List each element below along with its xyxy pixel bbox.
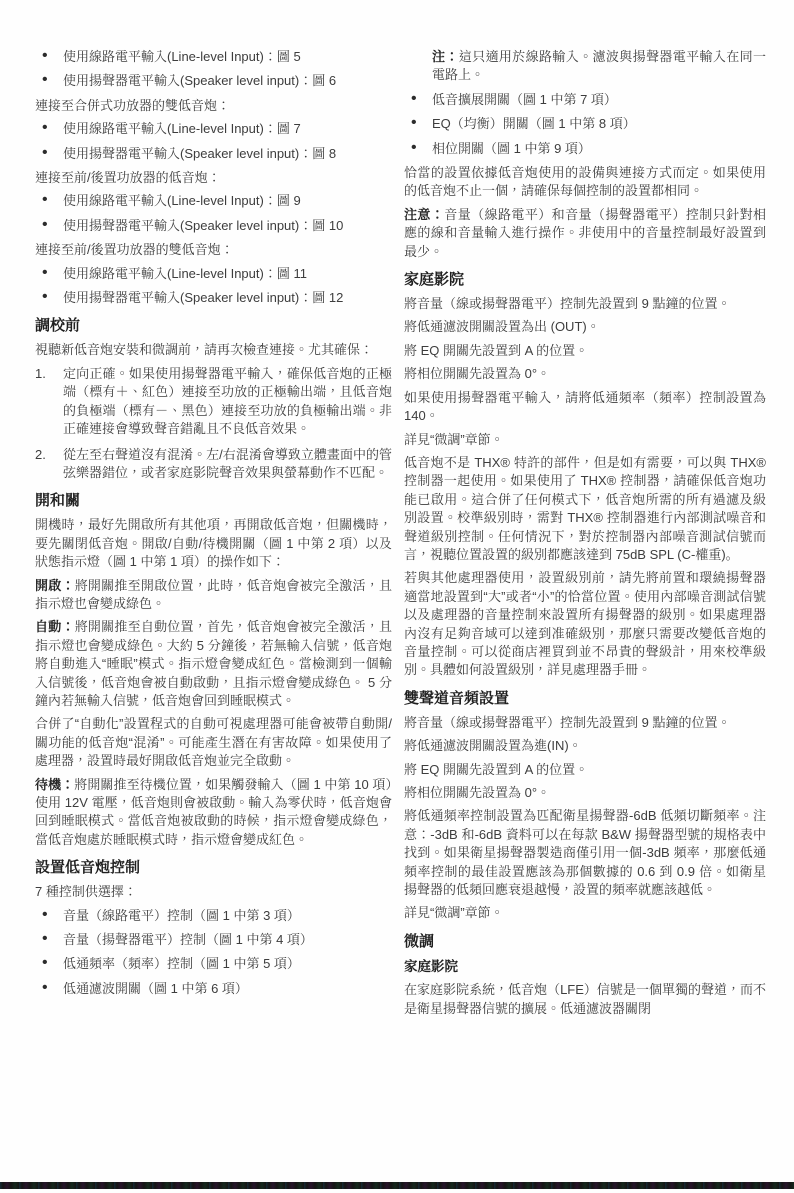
numbered-item-1: 1. 定向正確。如果使用揚聲器電平輸入，確保低音炮的正極端（標有＋、紅色）連接至… bbox=[35, 365, 392, 439]
paragraph-text: 將開關推至開啟位置，此時，低音炮會被完全激活，且指示燈也會變成綠色。 bbox=[35, 578, 392, 611]
list-item: 使用線路電平輸入(Line-level Input)：圖 5 bbox=[35, 48, 392, 66]
paragraph-on-off-intro: 開機時，最好先開啟所有其他項，再開啟低音炮，但關機時，要先關閉低音炮。開啟/自動… bbox=[35, 516, 392, 571]
paragraph-integrated-dual: 連接至合併式功放器的雙低音炮： bbox=[35, 97, 392, 115]
item-text: 定向正確。如果使用揚聲器電平輸入，確保低音炮的正極端（標有＋、紅色）連接至功放的… bbox=[63, 365, 392, 439]
paragraph-auto: 自動：將開關推至自動位置，首先，低音炮會被完全激活，且指示燈也會變成綠色。大約 … bbox=[35, 618, 392, 710]
list-item: 使用揚聲器電平輸入(Speaker level input)：圖 8 bbox=[35, 145, 392, 163]
paragraph-prepower-dual: 連接至前/後置功放器的雙低音炮： bbox=[35, 241, 392, 259]
paragraph-lead: 開啟： bbox=[35, 578, 75, 593]
paragraph-stereo-volume: 將音量（線或揚聲器電平）控制先設置到 9 點鐘的位置。 bbox=[404, 714, 766, 732]
paragraph-lead: 注意： bbox=[404, 207, 444, 222]
paragraph-ht-thx: 低音炮不是 THX® 特許的部件，但是如有需要，可以與 THX® 控制器一起使用… bbox=[404, 454, 766, 564]
note-block: 注：這只適用於線路輸入。濾波與揚聲器電平輸入在同一電路上。 bbox=[404, 48, 766, 85]
item-number: 1. bbox=[35, 365, 63, 439]
paragraph-controls-intro: 7 種控制供選擇： bbox=[35, 883, 392, 901]
list-item: EQ（均衡）開關（圖 1 中第 8 項） bbox=[404, 115, 766, 133]
note-lead: 注： bbox=[432, 49, 459, 64]
paragraph-stereo-frequency: 將低通頻率控制設置為匹配衛星揚聲器-6dB 低頻切斷頻率。注意：-3dB 和-6… bbox=[404, 807, 766, 899]
paragraph-standby: 待機：將開關推至待機位置，如果觸發輸入（圖 1 中第 10 項）使用 12V 電… bbox=[35, 776, 392, 850]
list-item: 使用線路電平輸入(Line-level Input)：圖 9 bbox=[35, 192, 392, 210]
list-item: 使用揚聲器電平輸入(Speaker level input)：圖 12 bbox=[35, 289, 392, 307]
list-item: 低音擴展開關（圖 1 中第 7 項） bbox=[404, 91, 766, 109]
section-heading-on-off: 開和關 bbox=[35, 491, 392, 510]
paragraph-before-tuning-intro: 視聽新低音炮安裝和微調前，請再次檢查連接。尤其確保： bbox=[35, 341, 392, 359]
list-item: 使用線路電平輸入(Line-level Input)：圖 11 bbox=[35, 265, 392, 283]
list-item: 音量（線路電平）控制（圖 1 中第 3 項） bbox=[35, 907, 392, 925]
connection-list-d: 使用線路電平輸入(Line-level Input)：圖 11 使用揚聲器電平輸… bbox=[35, 265, 392, 308]
paragraph-ht-phase: 將相位開關先設置為 0°。 bbox=[404, 365, 766, 383]
paragraph-text: 將開關推至待機位置，如果觸發輸入（圖 1 中第 10 項）使用 12V 電壓，低… bbox=[35, 777, 392, 847]
paragraph-stereo-lowpass-in: 將低通濾波開關設置為進(IN)。 bbox=[404, 737, 766, 755]
list-item: 使用線路電平輸入(Line-level Input)：圖 7 bbox=[35, 120, 392, 138]
scan-artifact-band bbox=[0, 1182, 794, 1189]
connection-list-c: 使用線路電平輸入(Line-level Input)：圖 9 使用揚聲器電平輸入… bbox=[35, 192, 392, 235]
list-item: 低通濾波開關（圖 1 中第 6 項） bbox=[35, 980, 392, 998]
paragraph-ht-eq: 將 EQ 開關先設置到 A 的位置。 bbox=[404, 342, 766, 360]
manual-page: 使用線路電平輸入(Line-level Input)：圖 5 使用揚聲器電平輸入… bbox=[0, 0, 794, 1193]
paragraph-stereo-see-fine-tuning: 詳見“微調”章節。 bbox=[404, 904, 766, 922]
list-item: 低通頻率（頻率）控制（圖 1 中第 5 項） bbox=[35, 955, 392, 973]
paragraph-stereo-phase: 將相位開關先設置為 0°。 bbox=[404, 784, 766, 802]
paragraph-ht-other-processors: 若與其他處理器使用，設置級別前，請先將前置和環繞揚聲器適當地設置到“大”或者“小… bbox=[404, 569, 766, 679]
section-heading-home-theatre: 家庭影院 bbox=[404, 270, 766, 289]
paragraph-text: 將開關推至自動位置，首先，低音炮會被完全激活，且指示燈也會變成綠色。大約 5 分… bbox=[35, 619, 392, 708]
left-column: 使用線路電平輸入(Line-level Input)：圖 5 使用揚聲器電平輸入… bbox=[35, 48, 392, 1004]
paragraph-power-on: 開啟：將開關推至開啟位置，此時，低音炮會被完全激活，且指示燈也會變成綠色。 bbox=[35, 577, 392, 614]
paragraph-lfe: 在家庭影院系統，低音炮（LFE）信號是一個單獨的聲道，而不是衛星揚聲器信號的擴展… bbox=[404, 981, 766, 1018]
paragraph-settings-depend: 恰當的設置依據低音炮使用的設備與連接方式而定。如果使用的低音炮不止一個，請確保每… bbox=[404, 164, 766, 201]
item-text: 從左至右聲道沒有混淆。左/右混淆會導致立體畫面中的管弦樂器錯位，或者家庭影院聲音… bbox=[63, 446, 392, 483]
connection-list-b: 使用線路電平輸入(Line-level Input)：圖 7 使用揚聲器電平輸入… bbox=[35, 120, 392, 163]
numbered-item-2: 2. 從左至右聲道沒有混淆。左/右混淆會導致立體畫面中的管弦樂器錯位，或者家庭影… bbox=[35, 446, 392, 483]
section-heading-before-tuning: 調校前 bbox=[35, 316, 392, 335]
paragraph-caution: 注意：音量（線路電平）和音量（揚聲器電平）控制只針對相應的線和音量輸入進行操作。… bbox=[404, 206, 766, 261]
paragraph-processor-note: 合併了“自動化”設置程式的自動可視處理器可能會被帶自動開/關功能的低音炮“混淆”… bbox=[35, 715, 392, 770]
paragraph-ht-frequency: 如果使用揚聲器電平輸入，請將低通頻率（頻率）控制設置為 140。 bbox=[404, 389, 766, 426]
note-text: 這只適用於線路輸入。濾波與揚聲器電平輸入在同一電路上。 bbox=[432, 49, 766, 82]
paragraph-ht-lowpass-out: 將低通濾波開關設置為出 (OUT)。 bbox=[404, 318, 766, 336]
controls-list-continued: 低音擴展開關（圖 1 中第 7 項） EQ（均衡）開關（圖 1 中第 8 項） … bbox=[404, 91, 766, 158]
connection-list-a: 使用線路電平輸入(Line-level Input)：圖 5 使用揚聲器電平輸入… bbox=[35, 48, 392, 91]
item-number: 2. bbox=[35, 446, 63, 483]
paragraph-stereo-eq: 將 EQ 開關先設置到 A 的位置。 bbox=[404, 761, 766, 779]
list-item: 音量（揚聲器電平）控制（圖 1 中第 4 項） bbox=[35, 931, 392, 949]
paragraph-lead: 待機： bbox=[35, 777, 74, 792]
list-item: 使用揚聲器電平輸入(Speaker level input)：圖 10 bbox=[35, 217, 392, 235]
subheading-home-theatre: 家庭影院 bbox=[404, 958, 766, 976]
paragraph-text: 音量（線路電平）和音量（揚聲器電平）控制只針對相應的線和音量輸入進行操作。非使用… bbox=[404, 207, 766, 259]
list-item: 相位開關（圖 1 中第 9 項） bbox=[404, 140, 766, 158]
section-heading-controls: 設置低音炮控制 bbox=[35, 858, 392, 877]
section-heading-fine-tuning: 微調 bbox=[404, 932, 766, 951]
right-column: 注：這只適用於線路輸入。濾波與揚聲器電平輸入在同一電路上。 低音擴展開關（圖 1… bbox=[404, 48, 766, 1023]
paragraph-lead: 自動： bbox=[35, 619, 75, 634]
paragraph-prepower-single: 連接至前/後置功放器的低音炮： bbox=[35, 169, 392, 187]
section-heading-stereo: 雙聲道音頻設置 bbox=[404, 689, 766, 708]
paragraph-ht-see-fine-tuning: 詳見“微調”章節。 bbox=[404, 431, 766, 449]
controls-list: 音量（線路電平）控制（圖 1 中第 3 項） 音量（揚聲器電平）控制（圖 1 中… bbox=[35, 907, 392, 999]
list-item: 使用揚聲器電平輸入(Speaker level input)：圖 6 bbox=[35, 72, 392, 90]
paragraph-ht-volume: 將音量（線或揚聲器電平）控制先設置到 9 點鐘的位置。 bbox=[404, 295, 766, 313]
